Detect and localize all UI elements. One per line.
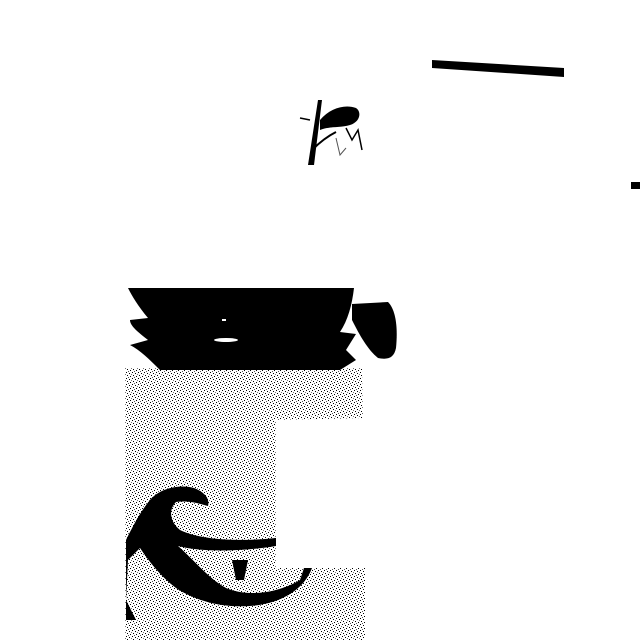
- dark-bar: [432, 60, 564, 77]
- thresholded-photo: [0, 0, 640, 640]
- photo-scene: [0, 0, 640, 640]
- plant-sprig: [300, 100, 362, 165]
- edge-mark: [631, 182, 640, 189]
- leaf: [352, 302, 397, 359]
- bowl-highlight-small: [222, 319, 226, 321]
- dark-bowl: [128, 288, 356, 370]
- bowl-highlight: [214, 338, 238, 342]
